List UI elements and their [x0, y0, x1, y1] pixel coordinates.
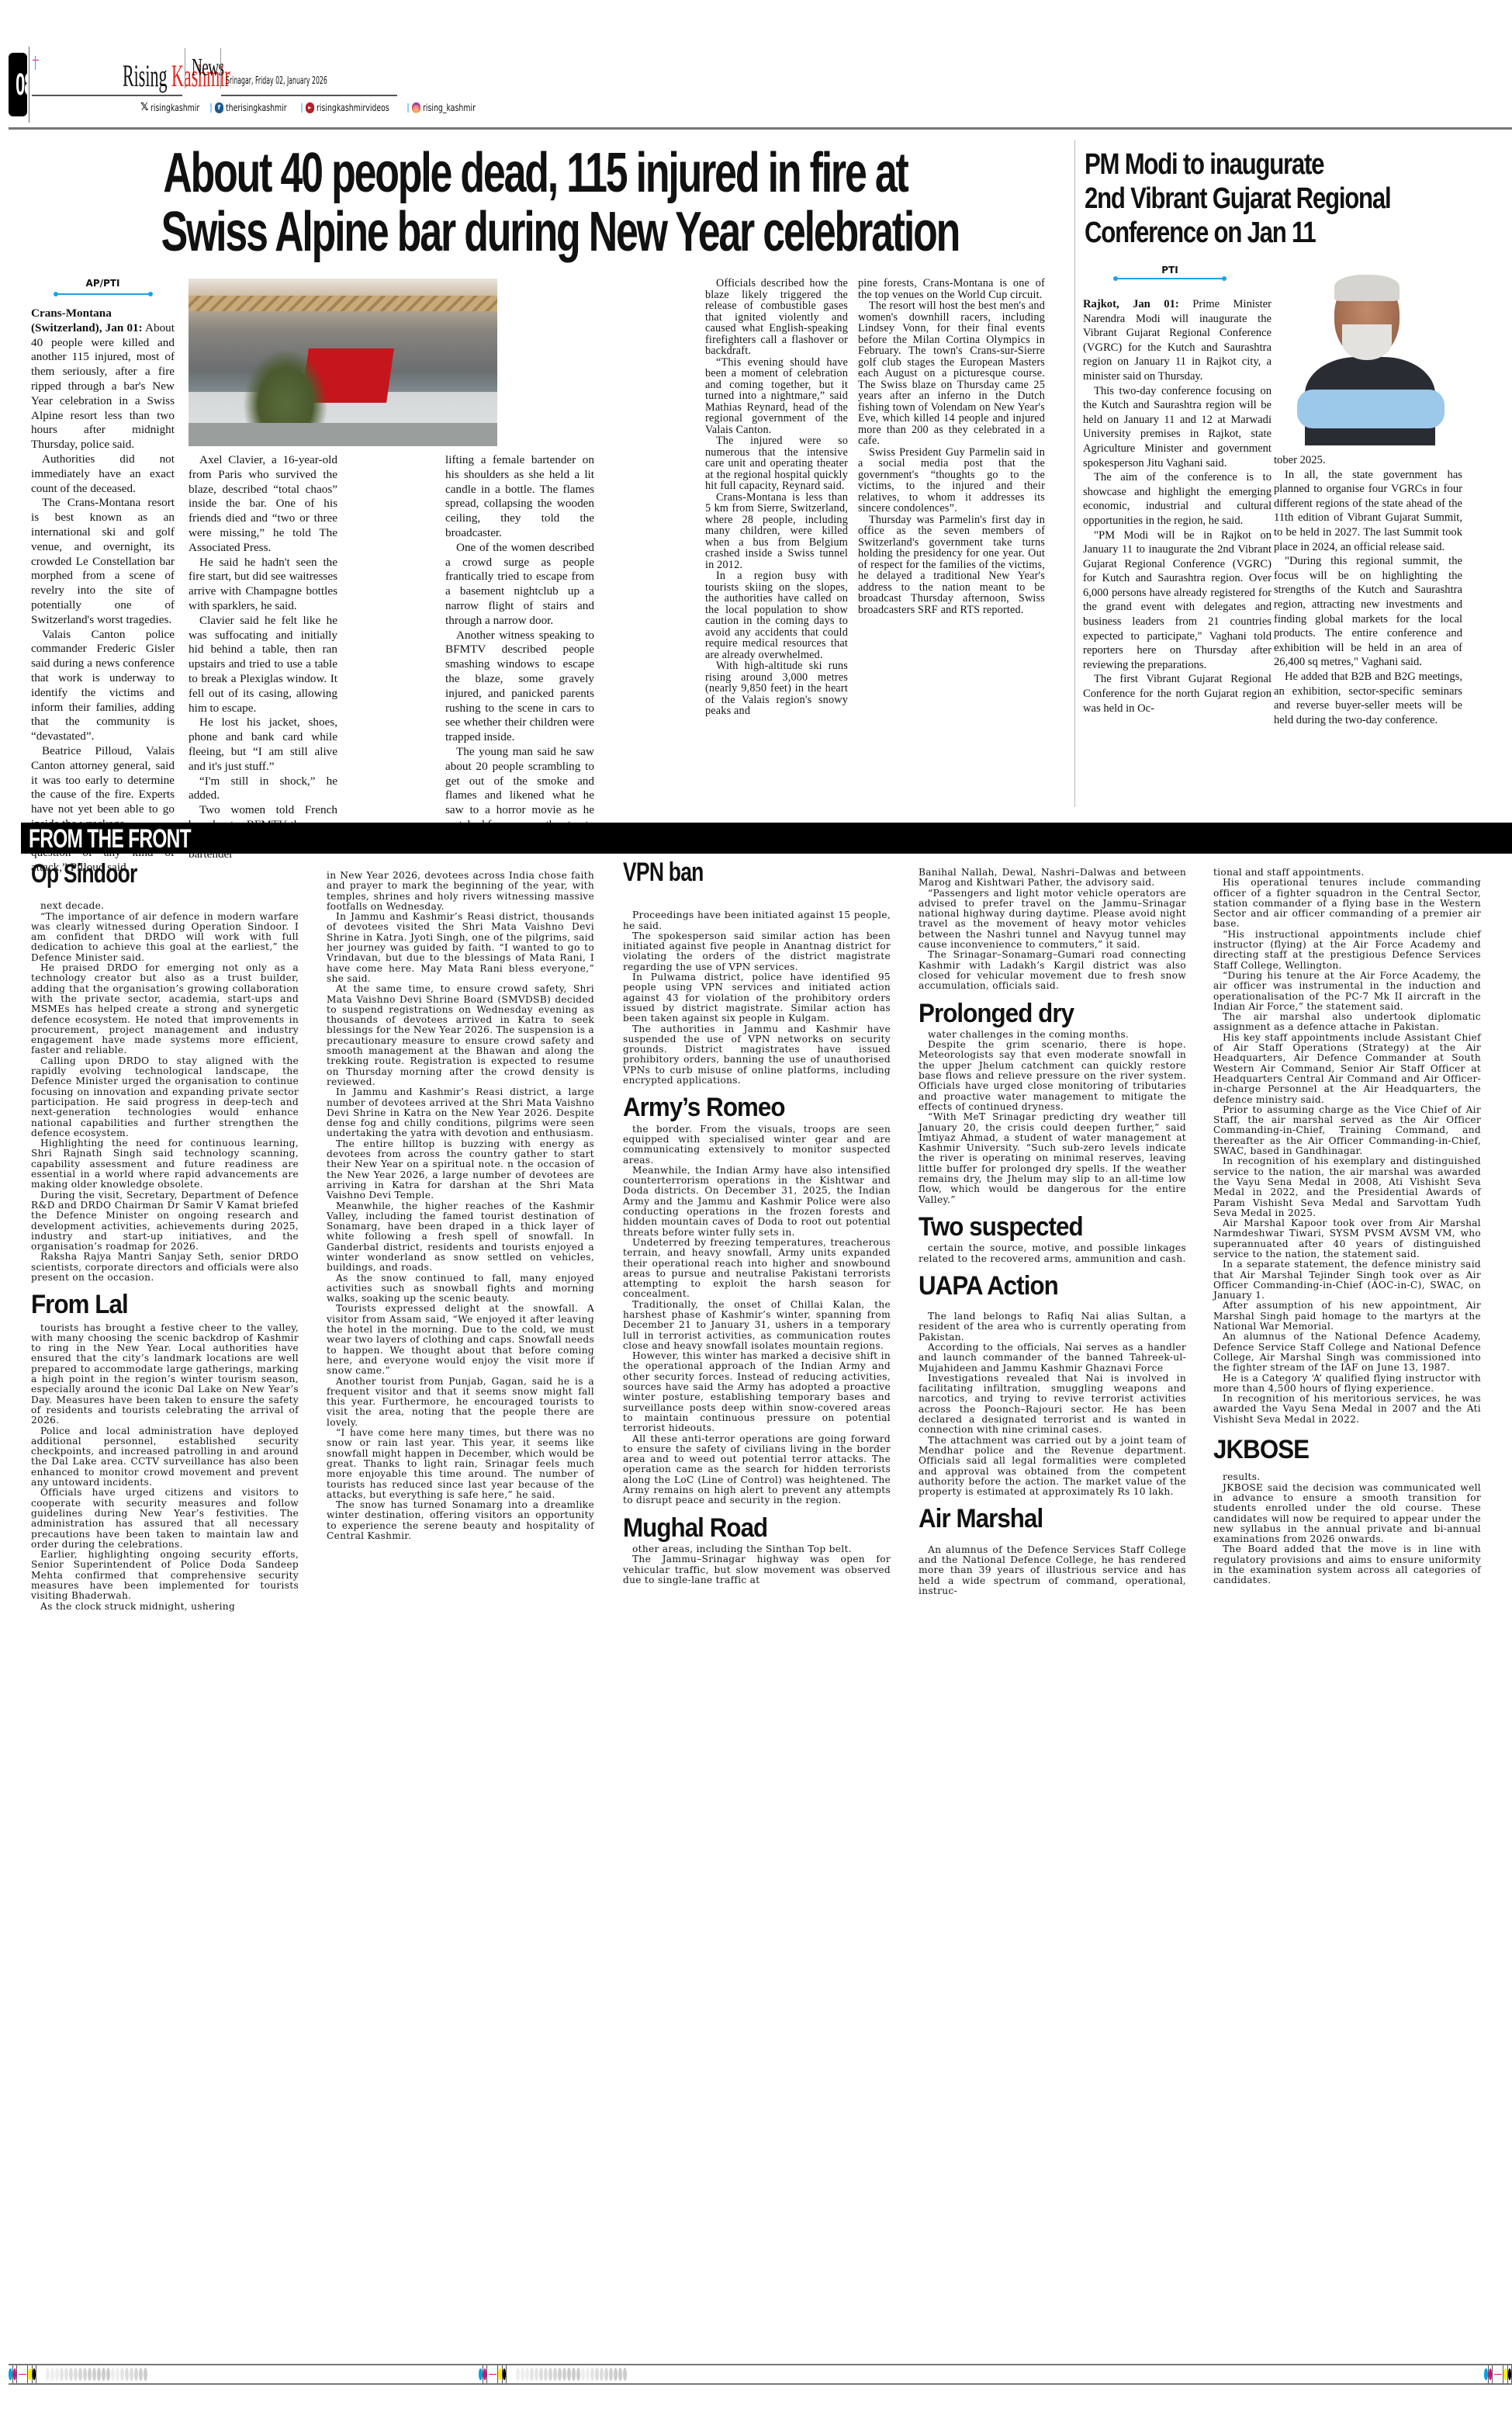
section-header-bar: FROM THE FRONT: [21, 823, 1512, 854]
lead-column-4: Officials described how the blaze likely…: [705, 278, 848, 717]
paragraph: in New Year 2026, devotees across India …: [327, 871, 594, 912]
paragraph: "PM Modi will be in Rajkot on January 11…: [1083, 528, 1272, 673]
masthead-divider: [185, 48, 185, 88]
paragraph: Prime Minister Narendra Modi will inaugu…: [1083, 298, 1272, 383]
paragraph: Clavier said he felt like he was suffoca…: [189, 614, 337, 716]
fire-scene-photo: [189, 279, 497, 446]
byline-rule: [56, 293, 151, 295]
social-handle: rising_kashmir: [423, 102, 476, 113]
paragraph: According to the officials, Nai serves a…: [919, 1343, 1186, 1374]
paragraph: Tourists expressed delight at the snowfa…: [327, 1304, 594, 1376]
gray-scale-marks: [36, 2368, 479, 2381]
paragraph: In recognition of his meritorious servic…: [1213, 1394, 1481, 1425]
paragraph: other areas, including the Sinthan Top b…: [623, 1544, 891, 1554]
side-column-1: Rajkot, Jan 01: Prime Minister Narendra …: [1083, 297, 1272, 716]
social-handle: therisingkashmir: [226, 102, 287, 113]
front-column-1: Op Sindoor next decade. “The importance …: [31, 869, 299, 1612]
paragraph: “During his tenure at the Air Force Acad…: [1213, 971, 1481, 1012]
paragraph: The air marshal also undertook diplomati…: [1213, 1012, 1481, 1033]
paragraph: In Jammu and Kashmir’s Reasi district, a…: [327, 1087, 594, 1138]
paragraph: Axel Clavier, a 16-year-old from Paris w…: [189, 453, 337, 556]
story-subhead: Mughal Road: [623, 1523, 869, 1533]
front-column-4: Banihal Nallah, Dewal, Nashri–Dalwas and…: [919, 868, 1186, 1596]
paragraph: His key staff appointments include Assis…: [1213, 1033, 1481, 1105]
paragraph: Beatrice Pilloud, Valais Canton attorney…: [31, 744, 175, 832]
paragraph: Meanwhile, the higher reaches of the Kas…: [327, 1201, 594, 1273]
print-color-bar: [9, 2364, 1512, 2385]
paragraph: Another witness speaking to BFMTV descri…: [445, 629, 594, 745]
paragraph: Valais Canton police commander Frederic …: [31, 628, 175, 744]
side-headline: PM Modi to inaugurate 2nd Vibrant Gujara…: [1085, 147, 1503, 250]
story-dateline: Rajkot, Jan 01:: [1083, 298, 1179, 310]
paragraph: next decade.: [31, 901, 299, 911]
paragraph: The land belongs to Rafiq Nai alias Sult…: [919, 1312, 1186, 1343]
paragraph: He lost his jacket, shoes, phone and ban…: [189, 716, 337, 774]
social-handle: risingkashmir: [151, 102, 199, 113]
separator: [407, 103, 409, 113]
paragraph: He added that B2B and B2G meetings, an e…: [1274, 670, 1462, 727]
paragraph: All these anti-terror operations are goi…: [623, 1434, 891, 1506]
section-title: FROM THE FRONT: [29, 824, 191, 854]
paragraph: However, this winter has marked a decisi…: [623, 1351, 891, 1433]
paragraph: Proceedings have been initiated against …: [623, 910, 891, 931]
paragraph: In a region busy with tourists skiing on…: [705, 570, 848, 660]
paragraph: “His instructional appointments include …: [1213, 930, 1481, 971]
social-youtube[interactable]: ▸ risingkashmirvideos: [306, 102, 404, 113]
paragraph: Highlighting the need for continuous lea…: [31, 1138, 299, 1190]
paragraph: About 40 people were killed and another …: [31, 321, 175, 451]
paragraph: Officials described how the blaze likely…: [705, 278, 848, 357]
gray-scale-marks: [507, 2368, 1112, 2381]
brand-rising: Rising: [123, 58, 167, 93]
paragraph: At the same time, to ensure crowd safety…: [327, 984, 594, 1087]
paragraph: Banihal Nallah, Dewal, Nashri–Dalwas and…: [919, 868, 1186, 889]
masthead-bottom-rule: [9, 127, 1512, 130]
paragraph: Thursday was Parmelin's first day in off…: [858, 515, 1045, 616]
masthead-rule: [32, 95, 182, 96]
instagram-icon: ◎: [412, 102, 420, 113]
paragraph: The aim of the conference is to showcase…: [1083, 470, 1272, 528]
paragraph: Despite the grim scenario, there is hope…: [919, 1040, 1186, 1112]
paragraph: He is a Category ‘A’ qualified flying in…: [1213, 1374, 1481, 1395]
paragraph: “This evening should have been a moment …: [705, 357, 848, 436]
headline-line: PM Modi to inaugurate: [1085, 147, 1428, 182]
story-subhead: Army’s Romeo: [623, 1103, 869, 1113]
paragraph: The injured were so numerous that the in…: [705, 435, 848, 492]
story-dateline: Crans-Montana (Switzerland), Jan 01:: [31, 307, 143, 334]
paragraph: In Jammu and Kashmir’s Reasi district, t…: [327, 912, 594, 984]
masthead-divider: [220, 48, 221, 88]
side-byline: PTI: [1116, 265, 1224, 279]
social-facebook[interactable]: f therisingkashmir: [215, 102, 298, 113]
headline-line: 2nd Vibrant Gujarat Regional: [1085, 182, 1428, 216]
byline-text: PTI: [1116, 265, 1224, 275]
paragraph: results.: [1213, 1472, 1481, 1482]
masthead: Rising Kashmir News Srinagar, Friday 02,…: [0, 0, 1512, 132]
story-subhead: UAPA Action: [919, 1281, 1164, 1291]
paragraph: The young man said he saw about 20 peopl…: [445, 745, 594, 833]
paragraph: One of the women described a crowd surge…: [445, 541, 594, 629]
paragraph: certain the source, motive, and possible…: [919, 1243, 1186, 1264]
cmyk-marks: [479, 2365, 507, 2383]
lead-headline: About 40 people dead, 115 injured in fir…: [16, 144, 1055, 262]
byline-rule: [1116, 278, 1224, 279]
lead-column-1: Crans-Montana (Switzerland), Jan 01: Abo…: [31, 307, 175, 875]
paragraph: In Pulwama district, police have identif…: [623, 972, 891, 1024]
front-column-2: in New Year 2026, devotees across India …: [327, 871, 594, 1541]
story-subhead: VPN ban: [623, 868, 832, 878]
youtube-icon: ▸: [306, 102, 314, 113]
paragraph: The attachment was carried out by a join…: [919, 1436, 1186, 1498]
front-column-3: VPN ban Proceedings have been initiated …: [623, 868, 891, 1585]
paragraph: The spokesperson said similar action has…: [623, 931, 891, 972]
lead-column-3: lifting a female bartender on his should…: [445, 453, 594, 833]
paragraph: Traditionally, the onset of Chillai Kala…: [623, 1300, 891, 1351]
column-divider: [1074, 140, 1075, 807]
masthead-rule: [221, 95, 397, 96]
paragraph: Crans-Montana is less than 5 km from Sie…: [705, 492, 848, 571]
paragraph: During the visit, Secretary, Department …: [31, 1190, 299, 1253]
paragraph: After assumption of his new appointment,…: [1213, 1301, 1481, 1332]
headline-line: Conference on Jan 11: [1085, 216, 1428, 250]
story-subhead: Op Sindoor: [31, 869, 240, 879]
paragraph: Prior to assuming charge as the Vice Chi…: [1213, 1105, 1481, 1156]
paragraph: water challenges in the coming months.: [919, 1030, 1186, 1040]
paragraph: The authorities in Jammu and Kashmir hav…: [623, 1024, 891, 1086]
paragraph: With high-altitude ski runs rising aroun…: [705, 660, 848, 717]
dateline: Srinagar, Friday 02, January 2026: [226, 75, 327, 87]
paragraph: The Srinagar–Sonamarg–Gumari road connec…: [919, 950, 1186, 991]
social-links: 𝕏 risingkashmir f therisingkashmir ▸ ris…: [140, 102, 483, 113]
social-instagram[interactable]: ◎ rising_kashmir: [412, 102, 484, 113]
pm-modi-photo: [1274, 273, 1449, 445]
paragraph: Police and local administration have dep…: [31, 1426, 299, 1488]
side-column-2: tober 2025. In all, the state government…: [1274, 453, 1462, 727]
paragraph: The Crans-Montana resort is best known a…: [31, 496, 175, 627]
paragraph: An alumnus of the National Defence Acade…: [1213, 1332, 1481, 1373]
social-handle: risingkashmirvideos: [317, 102, 389, 113]
paragraph: Authorities did not immediately have an …: [31, 452, 175, 496]
paragraph: Another tourist from Punjab, Gagan, said…: [327, 1377, 594, 1428]
paragraph: Officials have urged citizens and visito…: [31, 1488, 299, 1550]
paragraph: The Board added that the move is in line…: [1213, 1544, 1481, 1585]
separator: [301, 103, 303, 113]
paragraph: As the snow continued to fall, many enjo…: [327, 1273, 594, 1305]
story-subhead: JKBOSE: [1213, 1445, 1459, 1455]
lead-byline: AP/PTI: [31, 278, 175, 295]
paragraph: As the clock struck midnight, ushering: [31, 1602, 299, 1612]
paragraph: “I have come here many times, but there …: [327, 1428, 594, 1500]
section-label: News: [192, 53, 223, 81]
paragraph: This two-day conference focusing on the …: [1083, 384, 1272, 471]
paragraph: “With MeT Srinagar predicting dry weathe…: [919, 1112, 1186, 1205]
cmyk-marks: [1484, 2365, 1512, 2383]
paragraph: “Passengers and light motor vehicle oper…: [919, 889, 1186, 951]
paragraph: Raksha Rajya Mantri Sanjay Seth, senior …: [31, 1252, 299, 1283]
paragraph: In recognition of his exemplary and dist…: [1213, 1156, 1481, 1218]
paragraph: the border. From the visuals, troops are…: [623, 1124, 891, 1166]
paragraph: He said he hadn't seen the fire start, b…: [189, 556, 337, 614]
headline-line: About 40 people dead, 115 injured in fir…: [161, 144, 910, 203]
lead-column-5: pine forests, Crans-Montana is one of th…: [858, 278, 1045, 615]
paragraph: The entire hilltop is buzzing with energ…: [327, 1139, 594, 1201]
separator: [210, 103, 212, 113]
facebook-icon: f: [215, 102, 223, 113]
paragraph: In all, the state government has planned…: [1274, 468, 1462, 555]
cmyk-marks: [9, 2365, 36, 2383]
paragraph: His operational tenures include commandi…: [1213, 878, 1481, 929]
paragraph: The first Vibrant Gujarat Regional Confe…: [1083, 672, 1272, 716]
story-subhead: Prolonged dry: [919, 1009, 1164, 1019]
paragraph: Earlier, highlighting ongoing security e…: [31, 1550, 299, 1601]
front-column-5: tional and staff appointments. His opera…: [1213, 868, 1481, 1586]
social-x[interactable]: 𝕏 risingkashmir: [140, 102, 207, 113]
paragraph: The Jammu–Srinagar highway was open for …: [623, 1554, 891, 1585]
paragraph: The resort will host the best men's and …: [858, 300, 1045, 447]
paragraph: tourists has brought a festive cheer to …: [31, 1323, 299, 1426]
paragraph: lifting a female bartender on his should…: [445, 453, 594, 541]
paragraph: Calling upon DRDO to stay aligned with t…: [31, 1056, 299, 1138]
paragraph: tober 2025.: [1274, 453, 1462, 468]
paragraph: "During this regional summit, the focus …: [1274, 554, 1462, 670]
paragraph: pine forests, Crans-Montana is one of th…: [858, 278, 1045, 300]
lead-column-2: Axel Clavier, a 16-year-old from Paris w…: [189, 453, 337, 861]
headline-line: Swiss Alpine bar during New Year celebra…: [161, 203, 910, 262]
story-subhead: Air Marshal: [919, 1514, 1164, 1524]
paragraph: “The importance of air defence in modern…: [31, 912, 299, 963]
paragraph: He praised DRDO for emerging not only as…: [31, 963, 299, 1056]
paragraph: Investigations revealed that Nai is invo…: [919, 1374, 1186, 1436]
paragraph: Swiss President Guy Parmelin said in a s…: [858, 447, 1045, 515]
story-subhead: Two suspected: [919, 1222, 1164, 1232]
paragraph: Air Marshal Kapoor took over from Air Ma…: [1213, 1218, 1481, 1260]
paragraph: The snow has turned Sonamarg into a drea…: [327, 1500, 594, 1541]
paragraph: An alumnus of the Defence Services Staff…: [919, 1545, 1186, 1596]
paragraph: JKBOSE said the decision was communicate…: [1213, 1483, 1481, 1545]
paragraph: Undeterred by freezing temperatures, tre…: [623, 1238, 891, 1300]
paragraph: In a separate statement, the defence min…: [1213, 1260, 1481, 1301]
paragraph: tional and staff appointments.: [1213, 868, 1481, 878]
byline-text: AP/PTI: [31, 278, 175, 289]
paragraph: Meanwhile, the Indian Army have also int…: [623, 1166, 891, 1238]
story-subhead: From Lal: [31, 1300, 277, 1310]
x-icon: 𝕏: [140, 102, 148, 113]
paragraph: “I'm still in shock,” he added.: [189, 774, 337, 804]
